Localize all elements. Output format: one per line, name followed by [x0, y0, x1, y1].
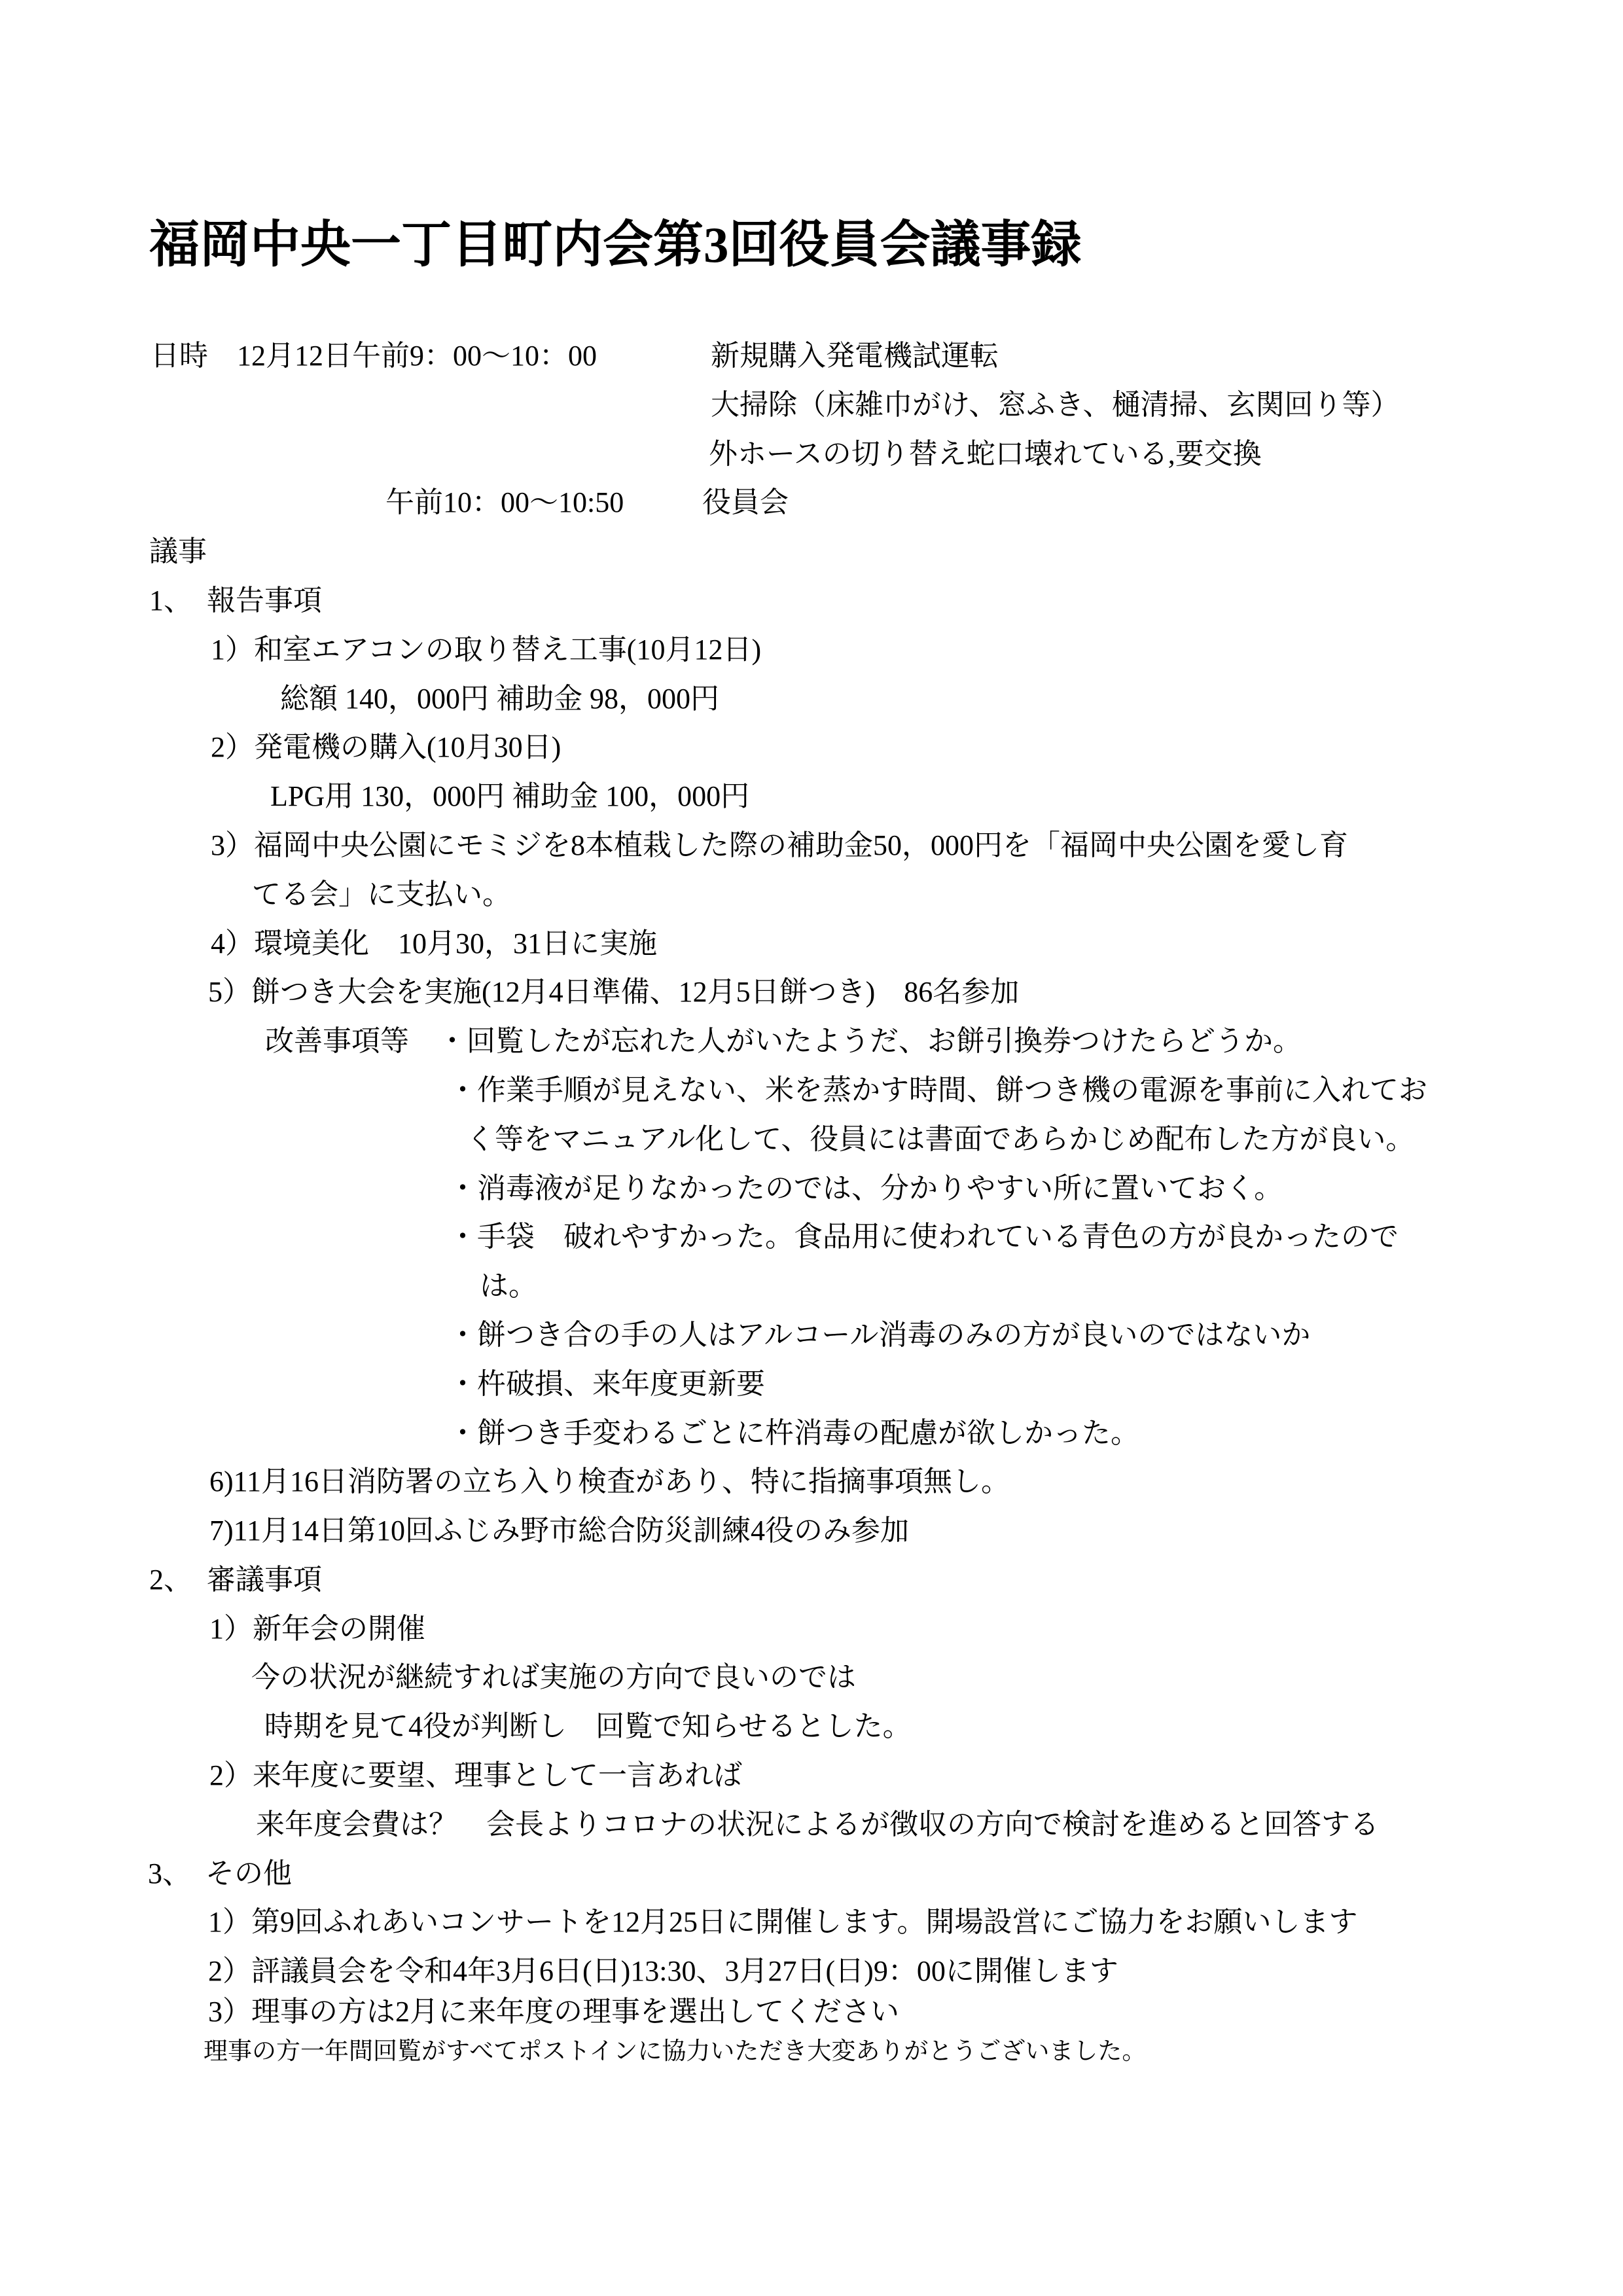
feedback-item-4-continuation: は。: [480, 1270, 537, 1302]
section1-item3: 3）福岡中央公園にモミジを8本植栽した際の補助金50，000円を「福岡中央公園を…: [211, 830, 1348, 861]
section1-item7: 7)11月14日第10回ふじみ野市総合防災訓練4役のみ参加: [209, 1515, 909, 1547]
feedback-item-2: ・作業手順が見えない、米を蒸かす時間、餅つき機の電源を事前に入れてお: [448, 1075, 1427, 1106]
section3-item2: 2）評議員会を令和4年3月6日(日)13:30、3月27日(日)9：00に開催し…: [208, 1956, 1118, 1987]
feedback-item-6: ・杵破損、来年度更新要: [448, 1369, 765, 1400]
minutes-document-page: 福岡中央一丁目町内会第3回役員会議事録 日時 12月12日午前9：00～10：0…: [0, 0, 1623, 2296]
feedback-item-5: ・餅つき合の手の人はアルコール消毒のみの方が良いのではないか: [448, 1319, 1310, 1351]
side-note-hose: 外ホースの切り替え蛇口壊れている,要交換: [709, 439, 1262, 470]
feedback-item-3: ・消毒液が足りなかったのでは、分かりやすい所に置いておく。: [448, 1173, 1283, 1204]
section3-item3: 3）理事の方は2月に来年度の理事を選出してください: [208, 1996, 899, 2028]
section2-item2: 2）来年度に要望、理事として一言あれば: [209, 1760, 742, 1791]
side-note-cleaning: 大掃除（床雑巾がけ、窓ふき、樋清掃、玄関回り等）: [711, 389, 1399, 421]
feedback-label: 改善事項等: [265, 1026, 409, 1057]
section1-item1-detail: 総額 140，000円 補助金 98，000円: [280, 683, 719, 715]
section1-item2: 2）発電機の購入(10月30日): [211, 732, 561, 763]
feedback-item-7: ・餅つき手変わるごとに杵消毒の配慮が欲しかった。: [448, 1418, 1139, 1449]
section2-item2-note: 来年度会費は？ 会長よりコロナの状況によるが徴収の方向で検討を進めると回答する: [256, 1809, 1379, 1840]
closing-note: 理事の方一年間回覧がすべてポストインに協力いただき大変ありがとうございました。: [204, 2039, 1146, 2066]
section2-item1: 1）新年会の開催: [209, 1613, 425, 1645]
section2-item1-note1: 今の状況が継続すれば実施の方向で良いのでは: [251, 1662, 856, 1693]
section1-item5: 5）餅つき大会を実施(12月4日準備、12月5日餅つき) 86名参加: [208, 977, 1019, 1008]
feedback-item-1: ・回覧したが忘れた人がいたようだ、お餅引換券つけたらどうか。: [438, 1026, 1302, 1057]
section1-item3-continuation: てる会」に支払い。: [252, 879, 511, 910]
agenda-heading: 議事: [149, 536, 207, 567]
section3-heading: 3、 その他: [148, 1858, 292, 1890]
session2-title: 役員会: [702, 487, 789, 518]
feedback-item-4: ・手袋 破れやすかった。食品用に使われている青色の方が良かったので: [448, 1221, 1399, 1253]
document-title: 福岡中央一丁目町内会第3回役員会議事録: [149, 220, 1082, 270]
section1-item6: 6)11月16日消防署の立ち入り検査があり、特に指摘事項無し。: [209, 1466, 1010, 1498]
section1-item4: 4）環境美化 10月30，31日に実施: [211, 928, 657, 960]
section3-item1: 1）第9回ふれあいコンサートを12月25日に開催します。開場設営にご協力をお願い…: [208, 1907, 1357, 1938]
datetime-line: 日時 12月12日午前9：00～10：00: [151, 340, 597, 372]
section2-heading: 2、 審議事項: [149, 1564, 322, 1596]
side-note-generator-test: 新規購入発電機試運転: [711, 340, 999, 372]
session2-time: 午前10：00～10:50: [385, 487, 624, 518]
section1-item2-detail: LPG用 130，000円 補助金 100，000円: [270, 781, 749, 812]
section2-item1-note2: 時期を見て4役が判断し 回覧で知らせるとした。: [264, 1711, 912, 1742]
section1-heading: 1、 報告事項: [149, 585, 322, 617]
section1-item1: 1）和室エアコンの取り替え工事(10月12日): [211, 634, 761, 666]
feedback-item-2-continuation: く等をマニュアル化して、役員には書面であらかじめ配布した方が良い。: [466, 1124, 1414, 1155]
